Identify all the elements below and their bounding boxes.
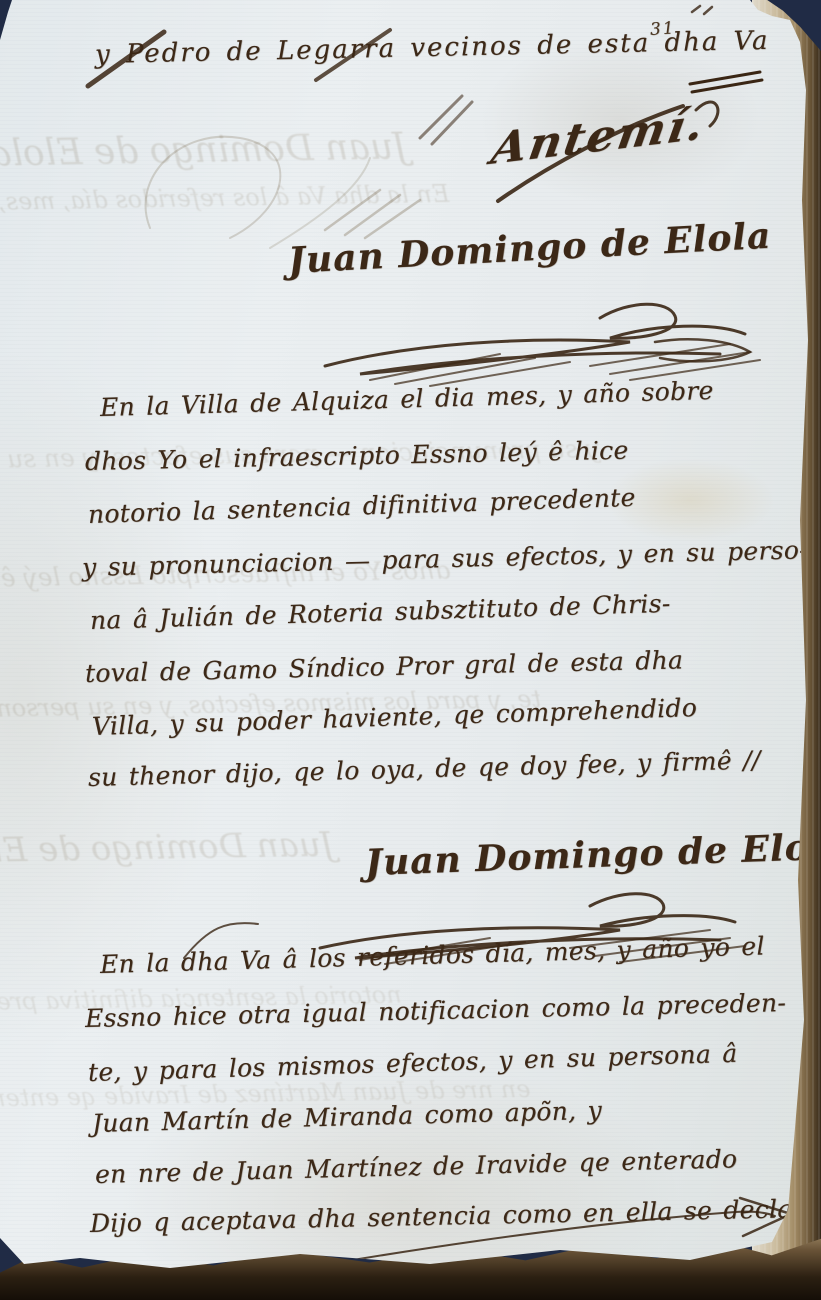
- scan-background: Juan Domingo de Elola En la dha Va â los…: [0, 0, 821, 1300]
- manuscript-line: toval de Gamo Síndico Pror gral de esta …: [85, 645, 684, 688]
- bleedthrough-text: Juan Domingo de Elola: [0, 825, 335, 872]
- manuscript-line: su thenor dijo, qe lo oya, de qe doy fee…: [88, 745, 761, 792]
- manuscript-page: Juan Domingo de Elola En la dha Va â los…: [0, 0, 821, 1300]
- header-strikethrough: [78, 28, 718, 92]
- notary-signature-2: Juan Domingo de Elola: [364, 825, 821, 884]
- top-edge-ink-marks: [688, 2, 718, 18]
- manuscript-line: notorio la sentencia difinitiva preceden…: [88, 483, 636, 529]
- header-double-underline: [688, 70, 768, 94]
- manuscript-line: na â Julián de Roteria subsztituto de Ch…: [90, 589, 671, 635]
